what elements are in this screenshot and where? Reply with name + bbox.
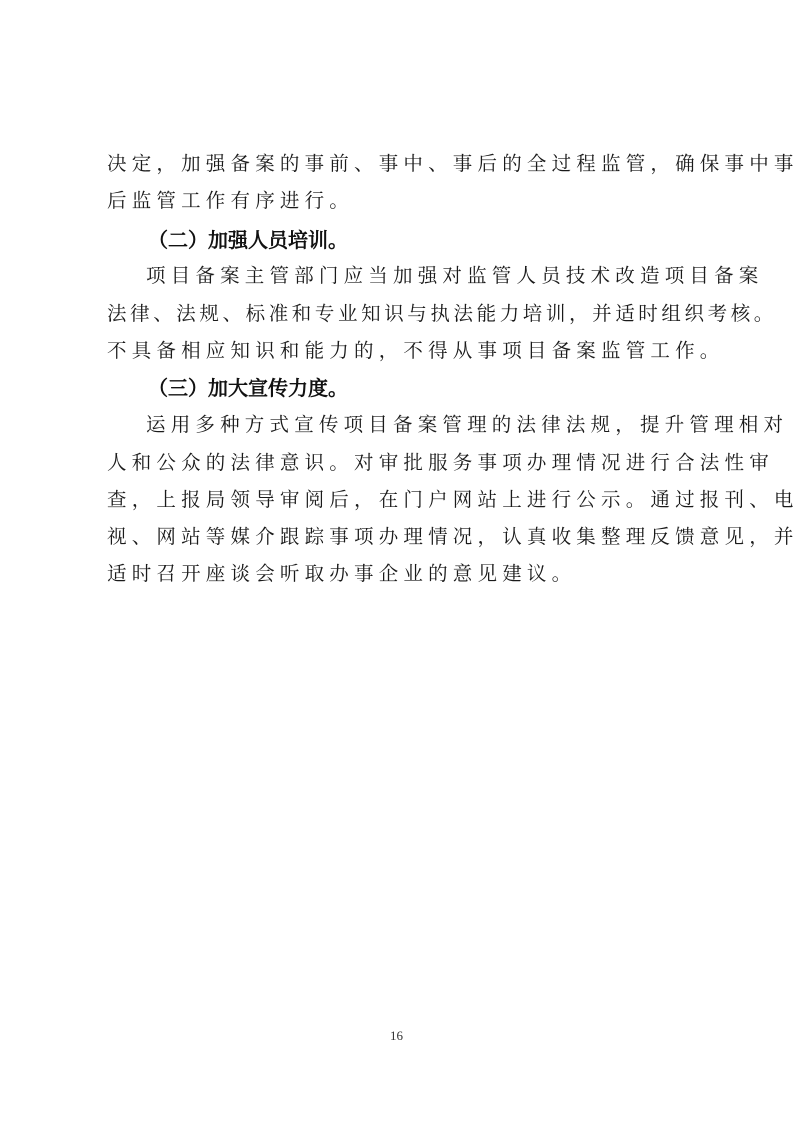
body-text-line: 适时召开座谈会听取办事企业的意见建议。 (107, 562, 697, 586)
page-number: 16 (0, 1028, 793, 1044)
body-text-line: 后监管工作有序进行。 (107, 189, 697, 213)
body-text-line: 视、网站等媒介跟踪事项办理情况，认真收集整理反馈意见，并 (107, 525, 697, 549)
section-heading: （三）加大宣传力度。 (148, 376, 348, 400)
body-text-line: 查，上报局领导审阅后，在门户网站上进行公示。通过报刊、电 (107, 488, 697, 512)
body-text-line: 不具备相应知识和能力的，不得从事项目备案监管工作。 (107, 339, 697, 363)
section-heading: （二）加强人员培训。 (148, 228, 348, 252)
body-text-line: 决定，加强备案的事前、事中、事后的全过程监管，确保事中事 (107, 152, 697, 176)
document-page: 决定，加强备案的事前、事中、事后的全过程监管，确保事中事 后监管工作有序进行。 … (0, 0, 793, 1122)
body-text-line: 运用多种方式宣传项目备案管理的法律法规，提升管理相对 (146, 413, 736, 437)
body-text-line: 人和公众的法律意识。对审批服务事项办理情况进行合法性审 (107, 451, 697, 475)
body-text-line: 项目备案主管部门应当加强对监管人员技术改造项目备案 (146, 264, 736, 288)
body-text-line: 法律、法规、标准和专业知识与执法能力培训，并适时组织考核。 (107, 302, 697, 326)
